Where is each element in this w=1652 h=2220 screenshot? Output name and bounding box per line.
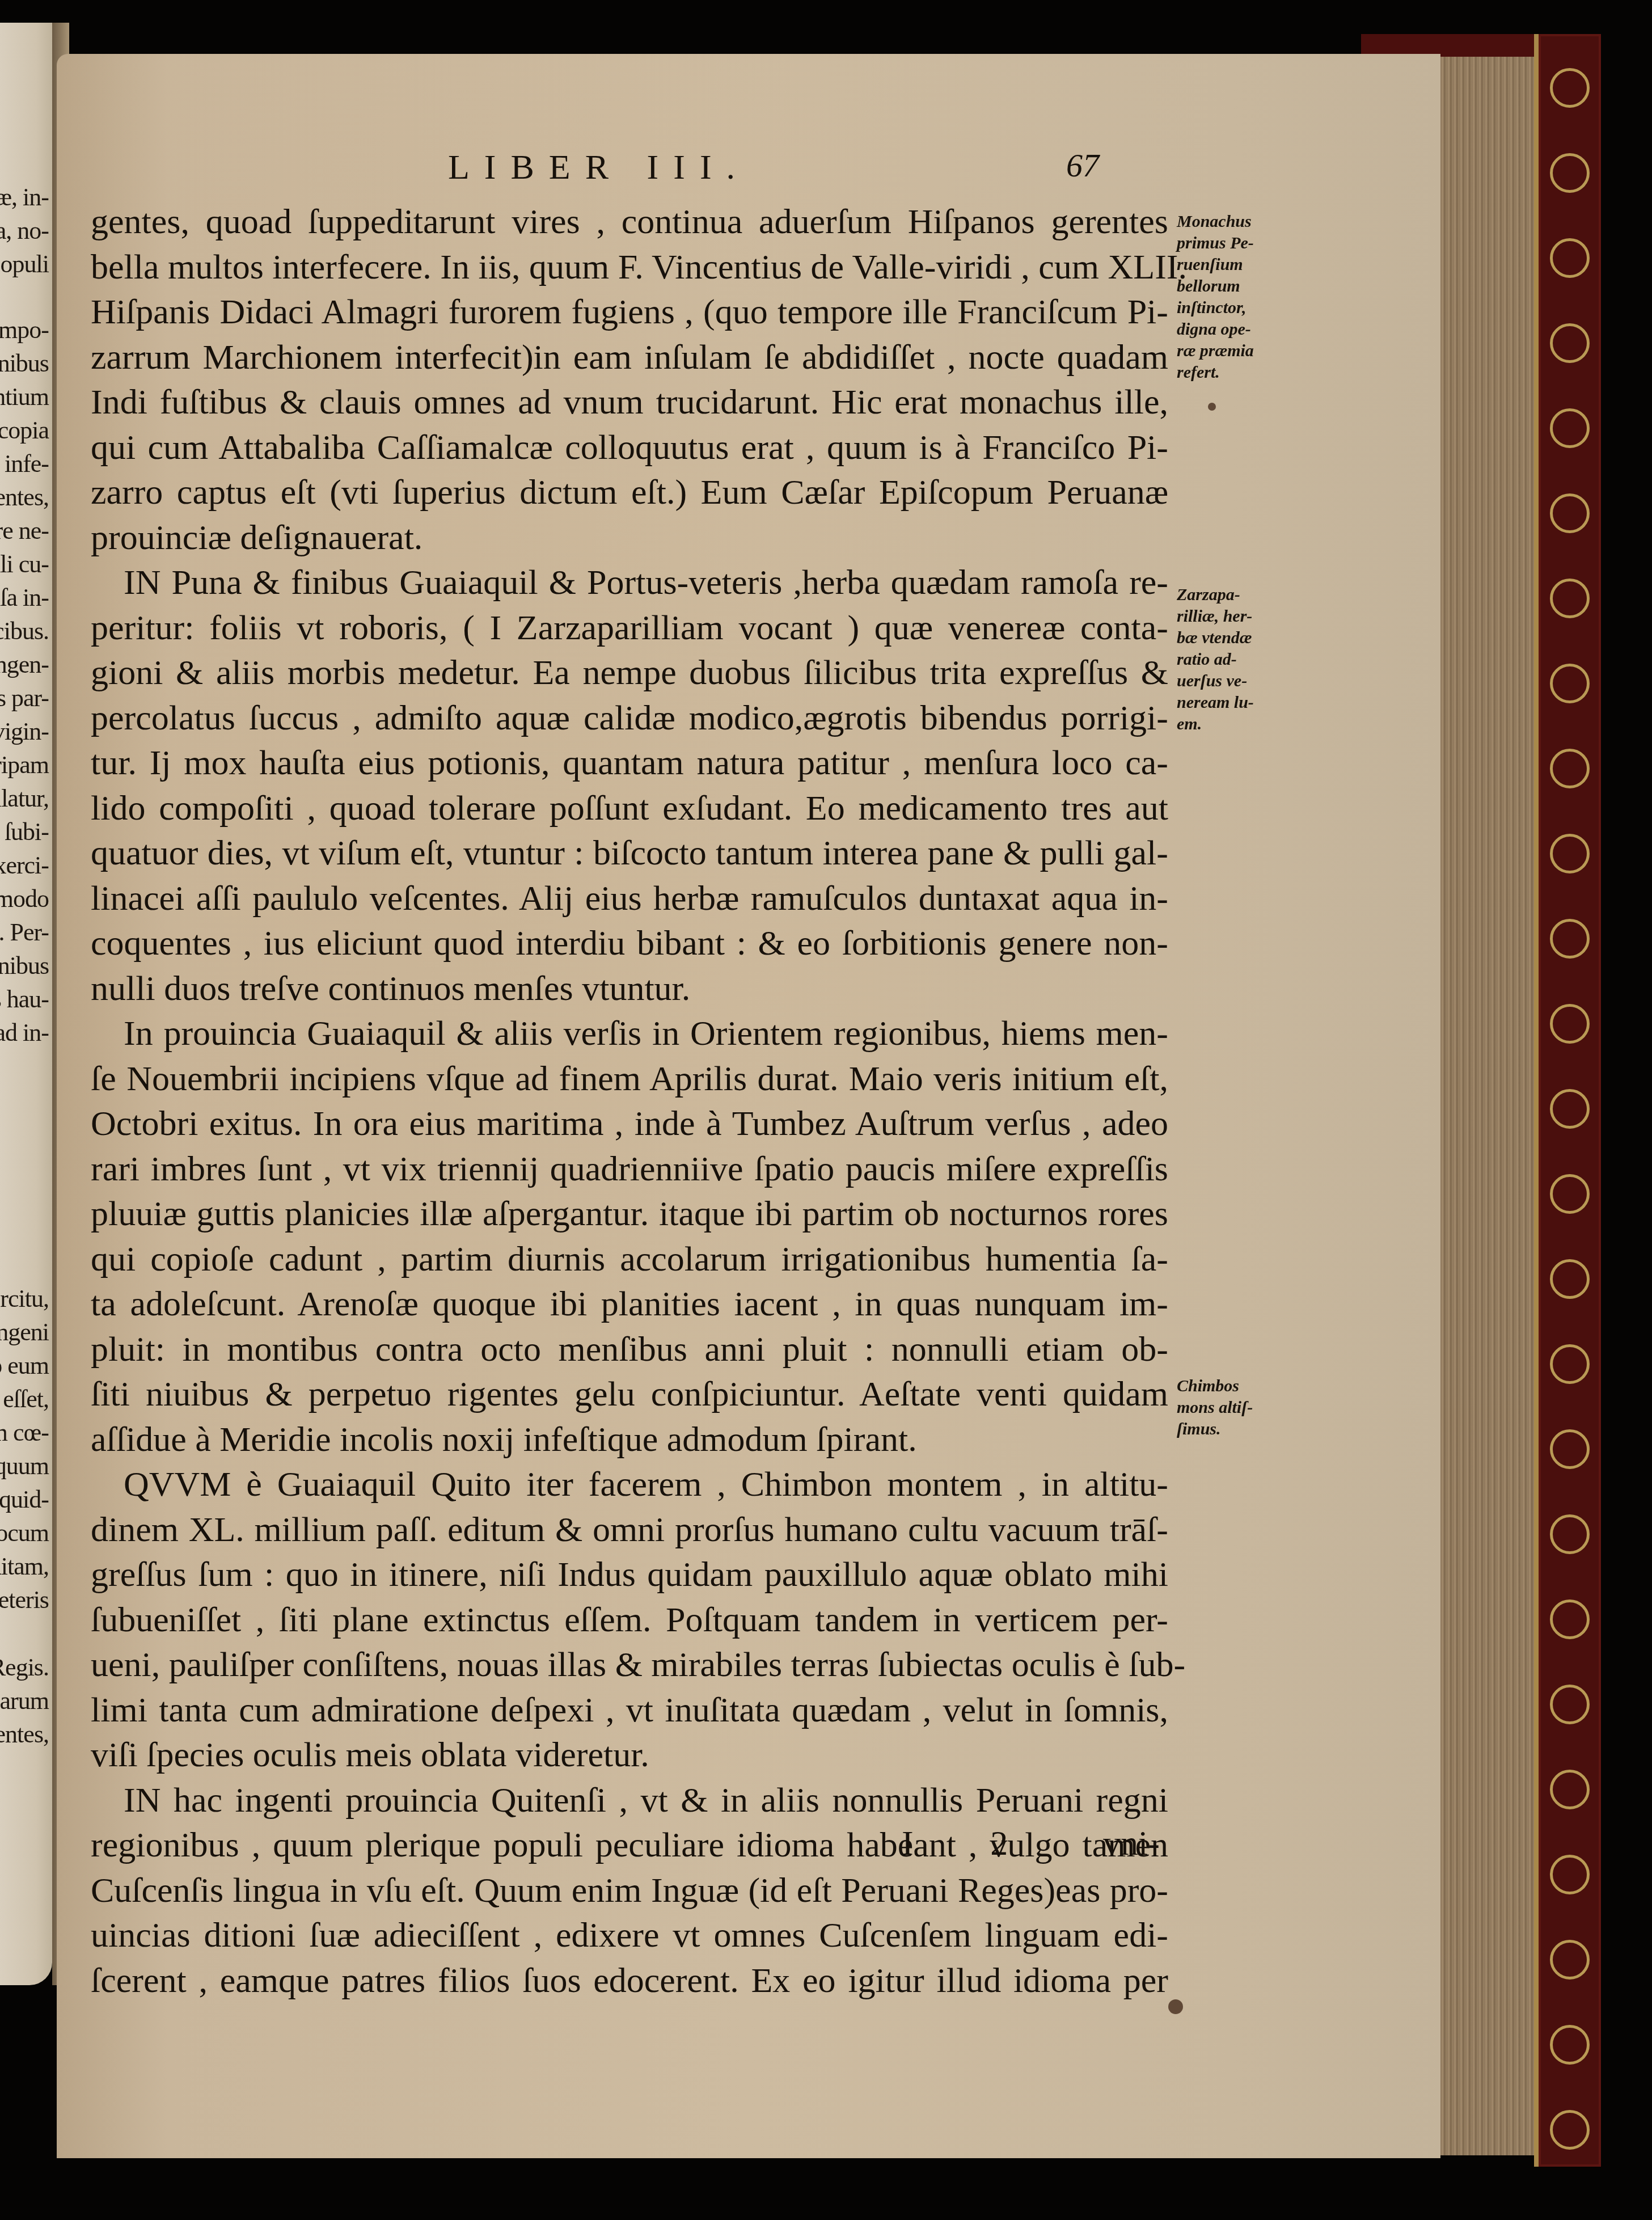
verso-text-fragment: is-veteris xyxy=(0,1583,49,1617)
gilt-rosette-ornament xyxy=(1550,1429,1590,1469)
verso-text-fragment: e populi xyxy=(0,247,49,281)
text-line: tur. Ij mox hauſta eius potionis, quanta… xyxy=(91,741,1168,786)
text-line: IN Puna & finibus Guaiaquil & Portus-vet… xyxy=(91,560,1168,606)
verso-text-fragment: ne Regis. xyxy=(0,1651,49,1685)
text-line: nulli duos treſve continuos menſes vtunt… xyxy=(91,966,1168,1012)
verso-text-fragment: æ impo- xyxy=(0,313,49,347)
text-line: uincias ditioni ſuæ adieciſſent , edixer… xyxy=(91,1913,1168,1959)
gilt-rosette-ornament xyxy=(1550,1770,1590,1809)
verso-text-fragment: nis quid- xyxy=(0,1483,49,1517)
verso-text-fragment: um eſſet, xyxy=(0,1382,49,1416)
text-line: ſe Nouembrii incipiens vſque ad finem Ap… xyxy=(91,1057,1168,1102)
gilt-rosette-ornament xyxy=(1550,1940,1590,1980)
gilt-rosette-ornament xyxy=(1550,1004,1590,1044)
marginal-note-line: rilliæ, her- xyxy=(1177,606,1254,627)
verso-text-fragment: funibus xyxy=(0,949,49,983)
gilt-rosette-ornament xyxy=(1550,2025,1590,2065)
gilt-rosette-ornament xyxy=(1550,834,1590,873)
marginal-note: Monachusprimus Pe-ruenſiumbelloruminſtin… xyxy=(1177,211,1254,383)
text-line: aſſidue à Meridie incolis noxij infeſtiq… xyxy=(91,1417,1168,1463)
gilt-rosette-ornament xyxy=(1550,68,1590,108)
text-line: quatuor dies, vt viſum eſt, vtuntur : bi… xyxy=(91,831,1168,876)
verso-text-fragment: bet. Per- xyxy=(0,915,49,949)
marginal-note-line: Monachus xyxy=(1177,211,1254,233)
marginal-note-line: refert. xyxy=(1177,362,1254,383)
folio-number: 67 xyxy=(1066,146,1099,184)
verso-text-fragment: us hau- xyxy=(0,982,49,1016)
text-line: In prouincia Guaiaquil & aliis verſis in… xyxy=(91,1011,1168,1057)
text-line: limi tanta cum admiratione deſpexi , vt … xyxy=(91,1688,1168,1733)
text-line: lido compoſiti , quoad tolerare poſſunt … xyxy=(91,786,1168,832)
gilt-rosette-ornament xyxy=(1550,408,1590,448)
verso-text-fragment: on ingen- xyxy=(0,648,49,682)
verso-text-fragment: gentes, xyxy=(0,1717,49,1751)
verso-text-fragment: am illi cu- xyxy=(0,547,49,581)
gilt-rosette-ornament xyxy=(1550,1344,1590,1384)
verso-text-fragment: nanentes, xyxy=(0,480,49,514)
verso-text-fragment: ulicibus. xyxy=(0,614,49,648)
text-line: Hiſpanis Didaci Almagri furorem fugiens … xyxy=(91,290,1168,335)
verso-text-fragment: nditam, xyxy=(0,1550,49,1584)
marginal-note-line: ruenſium xyxy=(1177,254,1254,276)
ink-spot xyxy=(1208,403,1216,411)
marginal-note-line: em. xyxy=(1177,714,1254,735)
text-line: viſi ſpecies oculis meis oblata videretu… xyxy=(91,1733,1168,1778)
verso-text-fragment: iſſæ, in- xyxy=(0,180,49,214)
marginal-note-line: inſtinctor, xyxy=(1177,297,1254,319)
marginal-note-line: digna ope- xyxy=(1177,319,1254,340)
text-line: greſſus ſum : quo in itinere, niſi Indus… xyxy=(91,1552,1168,1598)
verso-text-fragment: , ad ſubi- xyxy=(0,815,49,849)
gilt-leather-binding xyxy=(1534,34,1601,2167)
running-head: LIBER III. xyxy=(448,147,750,188)
text-line: linacei aſſi paululo veſcentes. Alij eiu… xyxy=(91,876,1168,922)
gilt-rosette-ornament xyxy=(1550,1599,1590,1639)
marginal-note-line: ſimus. xyxy=(1177,1419,1253,1440)
verso-text-fragment: cum cœ- xyxy=(0,1416,49,1450)
verso-text-fragment: nciarum xyxy=(0,1684,49,1718)
marginal-note-line: bellorum xyxy=(1177,276,1254,297)
gilt-rosette-ornament xyxy=(1550,153,1590,193)
marginal-note-line: Chimbos xyxy=(1177,1375,1253,1397)
text-line: ſiti niuibus & perpetuo rigentes gelu co… xyxy=(91,1372,1168,1417)
text-line: ueni, pauliſper conſiſtens, nouas illas … xyxy=(91,1643,1168,1688)
marginal-note-line: mons altiſ- xyxy=(1177,1397,1253,1419)
gilt-rosette-ornament xyxy=(1550,919,1590,959)
text-line: peritur: foliis vt roboris, ( I Zarzapar… xyxy=(91,606,1168,651)
gilt-rosette-ornament xyxy=(1550,1174,1590,1214)
gilt-rosette-ornament xyxy=(1550,1089,1590,1129)
marginal-note-line: Zarzapa- xyxy=(1177,584,1254,606)
verso-text-fragment: ndere ne- xyxy=(0,514,49,548)
gilt-rosette-ornament xyxy=(1550,2110,1590,2150)
text-line: IN hac ingenti prouincia Quitenſi , vt &… xyxy=(91,1778,1168,1824)
verso-text-fragment: ido eum xyxy=(0,1349,49,1383)
text-line: zarrum Marchionem interfecit)in eam inſu… xyxy=(91,335,1168,381)
verso-text-fragment: penſa in- xyxy=(0,581,49,615)
verso-text-fragment: bili copia xyxy=(0,413,49,448)
gilt-rosette-ornament xyxy=(1550,749,1590,788)
text-line: qui copioſe cadunt , partim diurnis acco… xyxy=(91,1237,1168,1282)
marginal-note: Chimbosmons altiſ-ſimus. xyxy=(1177,1375,1253,1440)
signature-mark: I 2 xyxy=(902,1824,1042,1864)
marginal-note-line: neream lu- xyxy=(1177,692,1254,714)
gilt-rosette-ornament xyxy=(1550,1259,1590,1299)
page-fore-edge xyxy=(1440,57,1537,2155)
marginal-note-line: primus Pe- xyxy=(1177,233,1254,254)
text-line: coquentes , ius eliciunt quod interdiu b… xyxy=(91,921,1168,966)
verso-text-fragment: e exerci- xyxy=(0,849,49,883)
verso-text-fragment: rras infe- xyxy=(0,447,49,481)
text-line: Octobri exitus. In ora eius maritima , i… xyxy=(91,1101,1168,1147)
text-line: bella multos interfecere. In iis, quum F… xyxy=(91,245,1168,290)
marginal-note: Zarzapa-rilliæ, her-bæ vtendæratio ad-ue… xyxy=(1177,584,1254,735)
gilt-rosette-ornament xyxy=(1550,323,1590,363)
gilt-rosette-ornament xyxy=(1550,664,1590,703)
text-line: ta adoleſcunt. Arenoſæ quoque ibi planit… xyxy=(91,1282,1168,1327)
text-line: ſubueniſſet , ſiti plane extinctus eſſem… xyxy=(91,1598,1168,1643)
text-line: pluit: in montibus contra octo menſibus … xyxy=(91,1327,1168,1373)
text-line: dinem XL. millium paſſ. editum & omni pr… xyxy=(91,1508,1168,1553)
verso-text-fragment: ionis par- xyxy=(0,681,49,715)
marginal-note-line: bæ vtendæ xyxy=(1177,627,1254,649)
text-line: prouinciæ deſignauerat. xyxy=(91,516,1168,561)
verso-text-fragment: ula, no- xyxy=(0,214,49,248)
marginal-note-line: ræ præmia xyxy=(1177,340,1254,362)
gilt-rosette-ornament xyxy=(1550,579,1590,618)
verso-text-fragment: ad ripam xyxy=(0,748,49,782)
text-line: gioni & aliis morbis medetur. Ea nempe d… xyxy=(91,651,1168,696)
verso-text-fragment: gionibus xyxy=(0,347,49,381)
verso-text-fragment: e ad in- xyxy=(0,1016,49,1050)
text-line: Indi fuſtibus & clauis omnes ad vnum tru… xyxy=(91,380,1168,425)
text-line: QVVM è Guaiaquil Quito iter facerem , Ch… xyxy=(91,1462,1168,1508)
gilt-rosette-ornament xyxy=(1550,238,1590,278)
verso-text-fragment: uomodo xyxy=(0,882,49,916)
text-line: percolatus ſuccus , admiſto aquæ calidæ … xyxy=(91,696,1168,741)
gilt-rosette-ornament xyxy=(1550,1855,1590,1894)
verso-text-fragment: ppellatur, xyxy=(0,782,49,816)
verso-text-fragment: ingeni xyxy=(0,1315,49,1349)
text-line: rari imbres ſunt , vt vix triennij quadr… xyxy=(91,1147,1168,1192)
text-line: gentes, quoad ſuppeditarunt vires , cont… xyxy=(91,200,1168,245)
verso-text-fragment: atentium xyxy=(0,380,49,414)
text-line: qui cum Attabaliba Caſſiamalcæ colloquut… xyxy=(91,425,1168,471)
main-text-block: gentes, quoad ſuppeditarunt vires , cont… xyxy=(91,200,1168,2003)
verso-text-fragment: t , quum xyxy=(0,1449,49,1483)
catchword: vni- xyxy=(1103,1824,1160,1864)
text-line: Cuſcenſis lingua in vſu eſt. Quum enim I… xyxy=(91,1868,1168,1914)
ink-spot xyxy=(1168,1999,1183,2014)
verso-text-fragment: xercitu, xyxy=(0,1282,49,1316)
text-line: ſcerent , eamque patres filios ſuos edoc… xyxy=(91,1959,1168,2004)
text-line: pluuiæ guttis planicies illæ aſpergantur… xyxy=(91,1192,1168,1237)
gilt-rosette-ornament xyxy=(1550,1685,1590,1724)
verso-text-fragment: ani vigin- xyxy=(0,715,49,749)
marginal-note-line: uerſus ve- xyxy=(1177,670,1254,692)
text-line: zarro captus eſt (vti ſuperius dictum eſ… xyxy=(91,470,1168,516)
verso-text-fragment: n locum xyxy=(0,1516,49,1550)
gilt-rosette-ornament xyxy=(1550,493,1590,533)
marginal-note-line: ratio ad- xyxy=(1177,649,1254,670)
gilt-rosette-ornament xyxy=(1550,1514,1590,1554)
left-page-verso: iſſæ, in-ula, no-e populiæ impo-gionibus… xyxy=(0,23,52,1985)
